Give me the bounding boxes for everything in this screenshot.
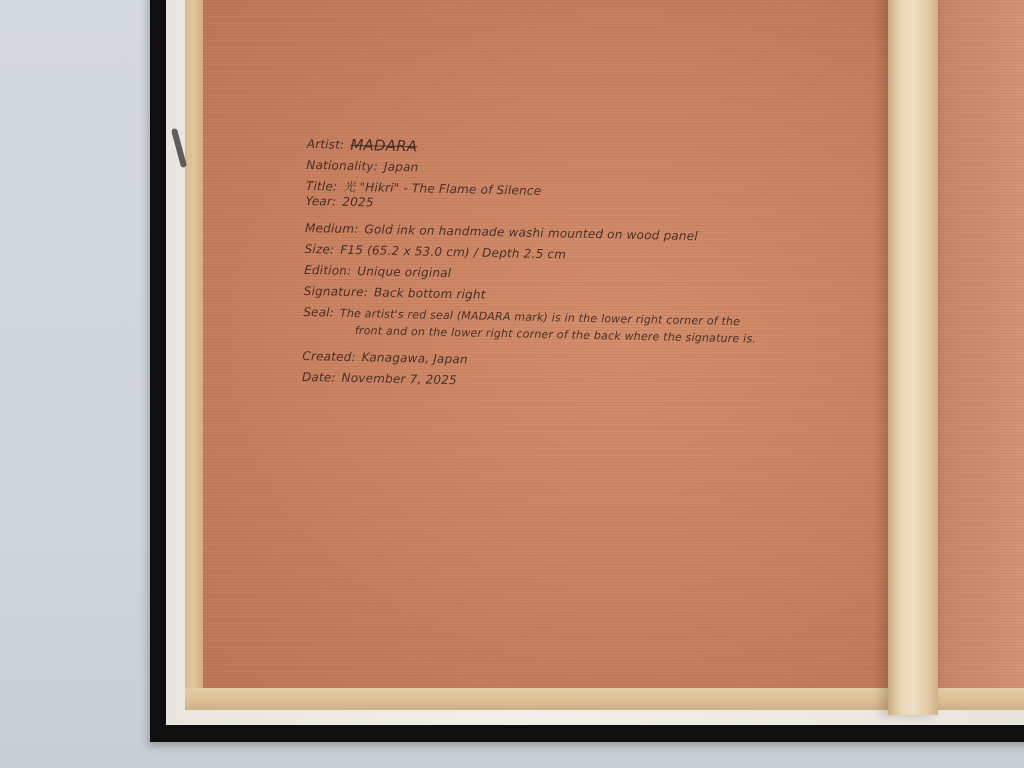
- year-value: 2025: [342, 192, 374, 214]
- date-value: November 7, 2025: [341, 368, 457, 391]
- created-value: Kanagawa, Japan: [362, 347, 468, 370]
- label-key: Nationality:: [306, 155, 378, 177]
- nationality-value: Japan: [384, 157, 419, 179]
- handwritten-label: Artist: MADARA Nationality: Japan Title:…: [302, 134, 867, 400]
- artist-name: MADARA: [350, 135, 417, 157]
- label-key: Medium:: [305, 218, 359, 240]
- label-key: Seal:: [303, 302, 334, 324]
- wood-panel-back-right: [938, 0, 1024, 688]
- label-key: Created:: [302, 346, 356, 368]
- edition-value: Unique original: [357, 261, 451, 284]
- label-key: Size:: [304, 239, 334, 261]
- stretcher-bar: [888, 0, 938, 715]
- panel-edge-left: [185, 0, 203, 702]
- label-key: Artist:: [307, 134, 345, 156]
- signature-value: Back bottom right: [374, 282, 486, 305]
- label-key: Year:: [305, 191, 336, 213]
- label-key: Date:: [302, 367, 336, 389]
- label-key: Signature:: [303, 281, 368, 303]
- label-key: Edition:: [304, 260, 352, 282]
